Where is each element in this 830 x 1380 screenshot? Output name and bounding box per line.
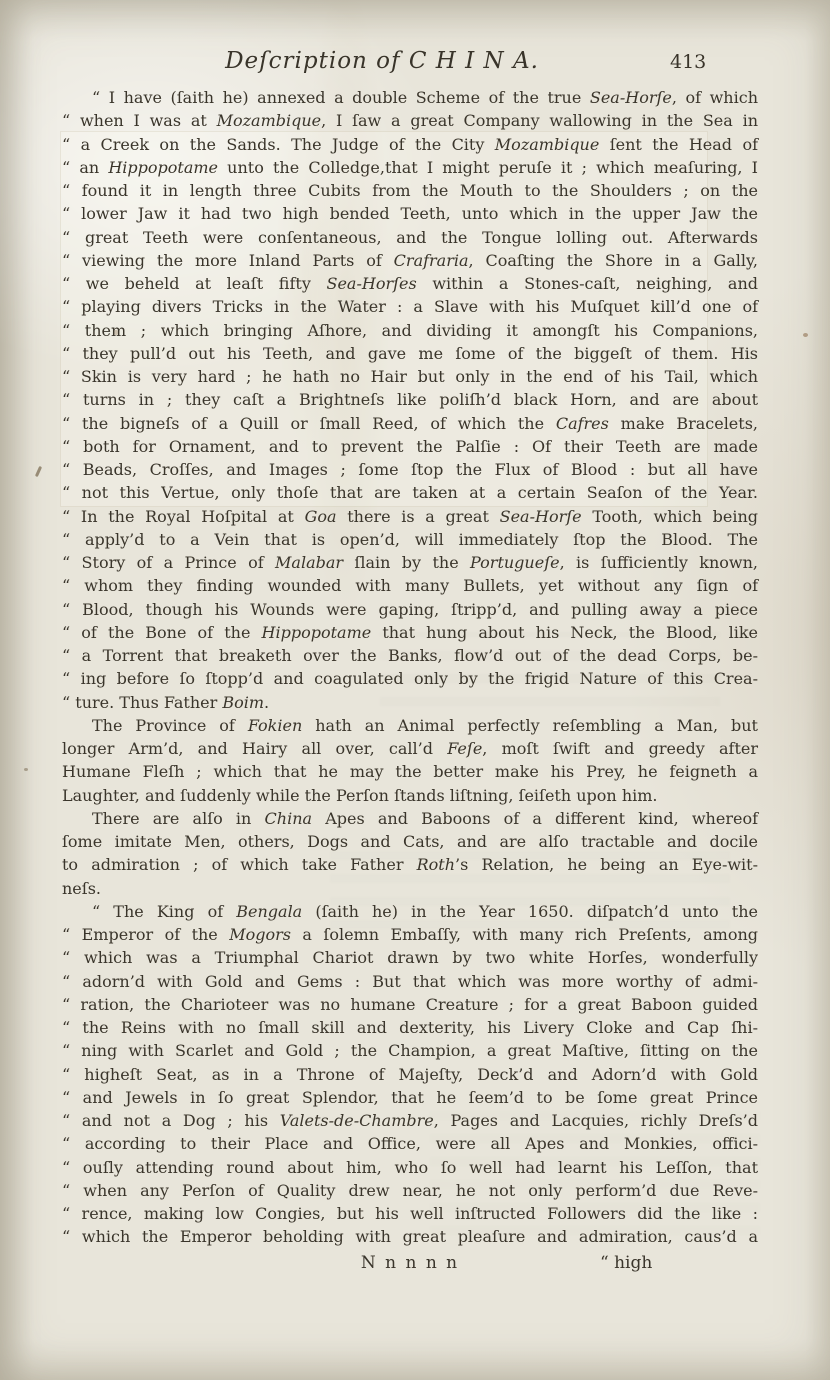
text-line: “ an Hippopotame unto the Colledge,that … xyxy=(62,156,758,179)
text-line: The Province of Fokien hath an Animal pe… xyxy=(62,714,758,737)
text-line: “ which the Emperor beholding with great… xyxy=(62,1225,758,1248)
roman-text: “ adorn’d with Gold and Gems : But that … xyxy=(62,972,758,991)
roman-text: (ſaith he) in the Year 1650. diſpatch’d … xyxy=(302,902,758,921)
roman-text: , Coaſting the Shore in a Gally, xyxy=(469,251,759,270)
ink-speck xyxy=(24,768,28,771)
roman-text: within a Stones-caſt, neighing, and xyxy=(417,274,758,293)
roman-text: “ rence, making low Congies, but his wel… xyxy=(62,1204,758,1223)
text-line: “ not this Vertue, only thoſe that are t… xyxy=(62,481,758,504)
roman-text: ſlain by the xyxy=(343,553,470,572)
italic-text: Bengala xyxy=(236,902,302,921)
catchword: “ high xyxy=(600,1251,652,1275)
text-line: “ which was a Triumphal Chariot drawn by… xyxy=(62,946,758,969)
roman-text: “ an xyxy=(62,158,108,177)
italic-text: Mozambique xyxy=(495,135,600,154)
text-line: “ and not a Dog ; his Valets-de-Chambre,… xyxy=(62,1109,758,1132)
roman-text: , Pages and Lacquies, richly Dreſs’d xyxy=(434,1111,758,1130)
italic-text: Crafraria xyxy=(394,251,469,270)
text-line: “ Beads, Croſſes, and Images ; ſome ſtop… xyxy=(62,458,758,481)
roman-text: “ Story of a Prince of xyxy=(62,553,275,572)
roman-text: “ according to their Place and Office, w… xyxy=(62,1134,758,1153)
roman-text: “ I have (ſaith he) annexed a double Sch… xyxy=(92,88,590,107)
text-line: “ turns in ; they caſt a Brightneſs like… xyxy=(62,388,758,411)
italic-text: Roth xyxy=(417,855,455,874)
roman-text: unto the Colledge,that I might peruſe it… xyxy=(218,158,758,177)
text-line: “ higheſt Seat, as in a Throne of Majeſt… xyxy=(62,1063,758,1086)
italic-text: Boim xyxy=(222,693,264,712)
text-line: “ them ; which bringing Aſhore, and divi… xyxy=(62,319,758,342)
text-line: “ Skin is very hard ; he hath no Hair bu… xyxy=(62,365,758,388)
text-line: “ rence, making low Congies, but his wel… xyxy=(62,1202,758,1225)
roman-text: , is ſufficiently known, xyxy=(560,553,758,572)
text-line: “ found it in length three Cubits from t… xyxy=(62,179,758,202)
text-line: “ ouſly attending round about him, who ſ… xyxy=(62,1156,758,1179)
roman-text: ’s Relation, he being an Eye-wit- xyxy=(455,855,758,874)
roman-text: , of which xyxy=(672,88,758,107)
roman-text: “ found it in length three Cubits from t… xyxy=(62,181,758,200)
text-line: “ great Teeth were conſentaneous, and th… xyxy=(62,226,758,249)
roman-text: The Province of xyxy=(92,716,248,735)
roman-text: Tooth, which being xyxy=(582,507,758,526)
roman-text: to admiration ; of which take Father xyxy=(62,855,417,874)
roman-text: “ viewing the more Inland Parts of xyxy=(62,251,394,270)
roman-text: “ a Creek on the Sands. The Judge of the… xyxy=(62,135,495,154)
roman-text: “ the Reins with no ſmall skill and dext… xyxy=(62,1018,758,1037)
roman-text: “ The King of xyxy=(92,902,236,921)
roman-text: “ ture. Thus Father xyxy=(62,693,222,712)
text-line: Humane Fleſh ; which that he may the bet… xyxy=(62,760,758,783)
text-line: “ whom they finding wounded with many Bu… xyxy=(62,574,758,597)
roman-text: Apes and Baboons of a different kind, wh… xyxy=(312,809,758,828)
roman-text: “ turns in ; they caſt a Brightneſs like… xyxy=(62,390,758,409)
text-line: “ ing before ſo ſtopp’d and coagulated o… xyxy=(62,667,758,690)
italic-text: Feſe xyxy=(447,739,482,758)
text-line: “ ning with Scarlet and Gold ; the Champ… xyxy=(62,1039,758,1062)
roman-text: “ when any Perſon of Quality drew near, … xyxy=(62,1181,758,1200)
roman-text: “ ouſly attending round about him, who ſ… xyxy=(62,1158,758,1177)
italic-text: Sea-Horſe xyxy=(500,507,582,526)
roman-text: . xyxy=(264,693,269,712)
italic-text: Goa xyxy=(305,507,337,526)
roman-text: “ both for Ornament, and to prevent the … xyxy=(62,437,758,456)
roman-text: “ higheſt Seat, as in a Throne of Majeſt… xyxy=(62,1065,758,1084)
text-line: “ when I was at Mozambique, I ſaw a grea… xyxy=(62,109,758,132)
italic-text: Sea-Horſe xyxy=(590,88,672,107)
italic-text: Portugueſe xyxy=(470,553,560,572)
text-line: There are alſo in China Apes and Baboons… xyxy=(62,807,758,830)
text-line: “ the Reins with no ſmall skill and dext… xyxy=(62,1016,758,1039)
italic-text: Mozambique xyxy=(217,111,322,130)
roman-text: “ Emperor of the xyxy=(62,925,229,944)
text-line: “ a Creek on the Sands. The Judge of the… xyxy=(62,133,758,156)
roman-text: hath an Animal perfectly reſembling a Ma… xyxy=(302,716,758,735)
italic-text: China xyxy=(265,809,313,828)
body-text: “ I have (ſaith he) annexed a double Sch… xyxy=(62,86,758,1275)
text-line: “ according to their Place and Office, w… xyxy=(62,1132,758,1155)
text-line: “ adorn’d with Gold and Gems : But that … xyxy=(62,970,758,993)
text-line: Laughter, and ſuddenly while the Perſon … xyxy=(62,784,758,807)
roman-text: there is a great xyxy=(337,507,500,526)
text-line: “ Emperor of the Mogors a ſolemn Embaſſy… xyxy=(62,923,758,946)
roman-text: “ ning with Scarlet and Gold ; the Champ… xyxy=(62,1041,758,1060)
roman-text: “ whom they finding wounded with many Bu… xyxy=(62,576,758,595)
roman-text: “ playing divers Tricks in the Water : a… xyxy=(62,297,758,316)
roman-text: “ them ; which bringing Aſhore, and divi… xyxy=(62,321,758,340)
text-line: “ In the Royal Hoſpital at Goa there is … xyxy=(62,505,758,528)
roman-text: ſent the Head of xyxy=(599,135,758,154)
text-line: “ playing divers Tricks in the Water : a… xyxy=(62,295,758,318)
text-line: to admiration ; of which take Father Rot… xyxy=(62,853,758,876)
text-line: “ viewing the more Inland Parts of Crafr… xyxy=(62,249,758,272)
roman-text: Humane Fleſh ; which that he may the bet… xyxy=(62,762,758,781)
roman-text: longer Arm’d, and Hairy all over, call’d xyxy=(62,739,447,758)
page-number: 413 xyxy=(670,51,706,73)
text-line: “ and Jewels in ſo great Splendor, that … xyxy=(62,1086,758,1109)
roman-text: “ the bigneſs of a Quill or ſmall Reed, … xyxy=(62,414,556,433)
roman-text: “ when I was at xyxy=(62,111,217,130)
roman-text: “ ing before ſo ſtopp’d and coagulated o… xyxy=(62,669,758,688)
text-line: “ they pull’d out his Teeth, and gave me… xyxy=(62,342,758,365)
roman-text: “ which the Emperor beholding with great… xyxy=(62,1227,758,1246)
text-line: “ Story of a Prince of Malabar ſlain by … xyxy=(62,551,758,574)
roman-text: “ Blood, though his Wounds were gaping, … xyxy=(62,600,758,619)
roman-text: “ Skin is very hard ; he hath no Hair bu… xyxy=(62,367,758,386)
italic-text: Fokien xyxy=(248,716,302,735)
roman-text: Laughter, and ſuddenly while the Perſon … xyxy=(62,786,658,805)
text-line: “ of the Bone of the Hippopotame that hu… xyxy=(62,621,758,644)
text-line: “ we beheld at leaſt fifty Sea-Horſes wi… xyxy=(62,272,758,295)
italic-text: Hippopotame xyxy=(108,158,218,177)
text-line: “ a Torrent that breaketh over the Banks… xyxy=(62,644,758,667)
roman-text: “ Beads, Croſſes, and Images ; ſome ſtop… xyxy=(62,460,758,479)
roman-text: “ ration, the Charioteer was no humane C… xyxy=(62,995,758,1014)
roman-text: neſs. xyxy=(62,879,101,898)
roman-text: , I ſaw a great Company wallowing in the… xyxy=(321,111,758,130)
book-page-scan: Deſcription of C H I N A. 413 “ I have (… xyxy=(0,0,830,1380)
roman-text: “ lower Jaw it had two high bended Teeth… xyxy=(62,204,758,223)
text-line: “ the bigneſs of a Quill or ſmall Reed, … xyxy=(62,412,758,435)
roman-text: “ a Torrent that breaketh over the Banks… xyxy=(62,646,758,665)
roman-text: “ which was a Triumphal Chariot drawn by… xyxy=(62,948,758,967)
italic-text: Malabar xyxy=(275,553,343,572)
text-line: “ Blood, though his Wounds were gaping, … xyxy=(62,598,758,621)
marginal-ink-mark xyxy=(35,466,42,477)
italic-text: Mogors xyxy=(229,925,291,944)
gathering-signature: N n n n n xyxy=(62,1251,758,1275)
roman-text: a ſolemn Embaſſy, with many rich Preſent… xyxy=(291,925,758,944)
roman-text: that hung about his Neck, the Blood, lik… xyxy=(371,623,758,642)
roman-text: , moſt ſwift and greedy after xyxy=(482,739,758,758)
roman-text: make Bracelets, xyxy=(609,414,758,433)
italic-text: Cafres xyxy=(556,414,609,433)
signature-row: N n n n n“ high xyxy=(62,1251,758,1275)
text-line: “ apply’d to a Vein that is open’d, will… xyxy=(62,528,758,551)
roman-text: “ not this Vertue, only thoſe that are t… xyxy=(62,483,758,502)
text-line: “ when any Perſon of Quality drew near, … xyxy=(62,1179,758,1202)
italic-text: Valets-de-Chambre xyxy=(280,1111,434,1130)
ink-speck xyxy=(803,333,808,337)
roman-text: “ and not a Dog ; his xyxy=(62,1111,280,1130)
text-line: “ The King of Bengala (ſaith he) in the … xyxy=(62,900,758,923)
text-line: neſs. xyxy=(62,877,758,900)
text-line: ſome imitate Men, others, Dogs and Cats,… xyxy=(62,830,758,853)
roman-text: “ they pull’d out his Teeth, and gave me… xyxy=(62,344,758,363)
text-line: “ ration, the Charioteer was no humane C… xyxy=(62,993,758,1016)
roman-text: “ we beheld at leaſt fifty xyxy=(62,274,326,293)
roman-text: “ and Jewels in ſo great Splendor, that … xyxy=(62,1088,758,1107)
roman-text: There are alſo in xyxy=(92,809,265,828)
roman-text: ſome imitate Men, others, Dogs and Cats,… xyxy=(62,832,758,851)
italic-text: Sea-Horſes xyxy=(326,274,416,293)
roman-text: “ apply’d to a Vein that is open’d, will… xyxy=(62,530,758,549)
text-line: “ both for Ornament, and to prevent the … xyxy=(62,435,758,458)
roman-text: “ of the Bone of the xyxy=(62,623,262,642)
text-line: “ ture. Thus Father Boim. xyxy=(62,691,758,714)
roman-text: “ great Teeth were conſentaneous, and th… xyxy=(62,228,758,247)
italic-text: Hippopotame xyxy=(262,623,372,642)
text-line: longer Arm’d, and Hairy all over, call’d… xyxy=(62,737,758,760)
running-head-title: Deſcription of C H I N A. xyxy=(62,48,702,74)
text-line: “ lower Jaw it had two high bended Teeth… xyxy=(62,202,758,225)
text-line: “ I have (ſaith he) annexed a double Sch… xyxy=(62,86,758,109)
roman-text: “ In the Royal Hoſpital at xyxy=(62,507,305,526)
